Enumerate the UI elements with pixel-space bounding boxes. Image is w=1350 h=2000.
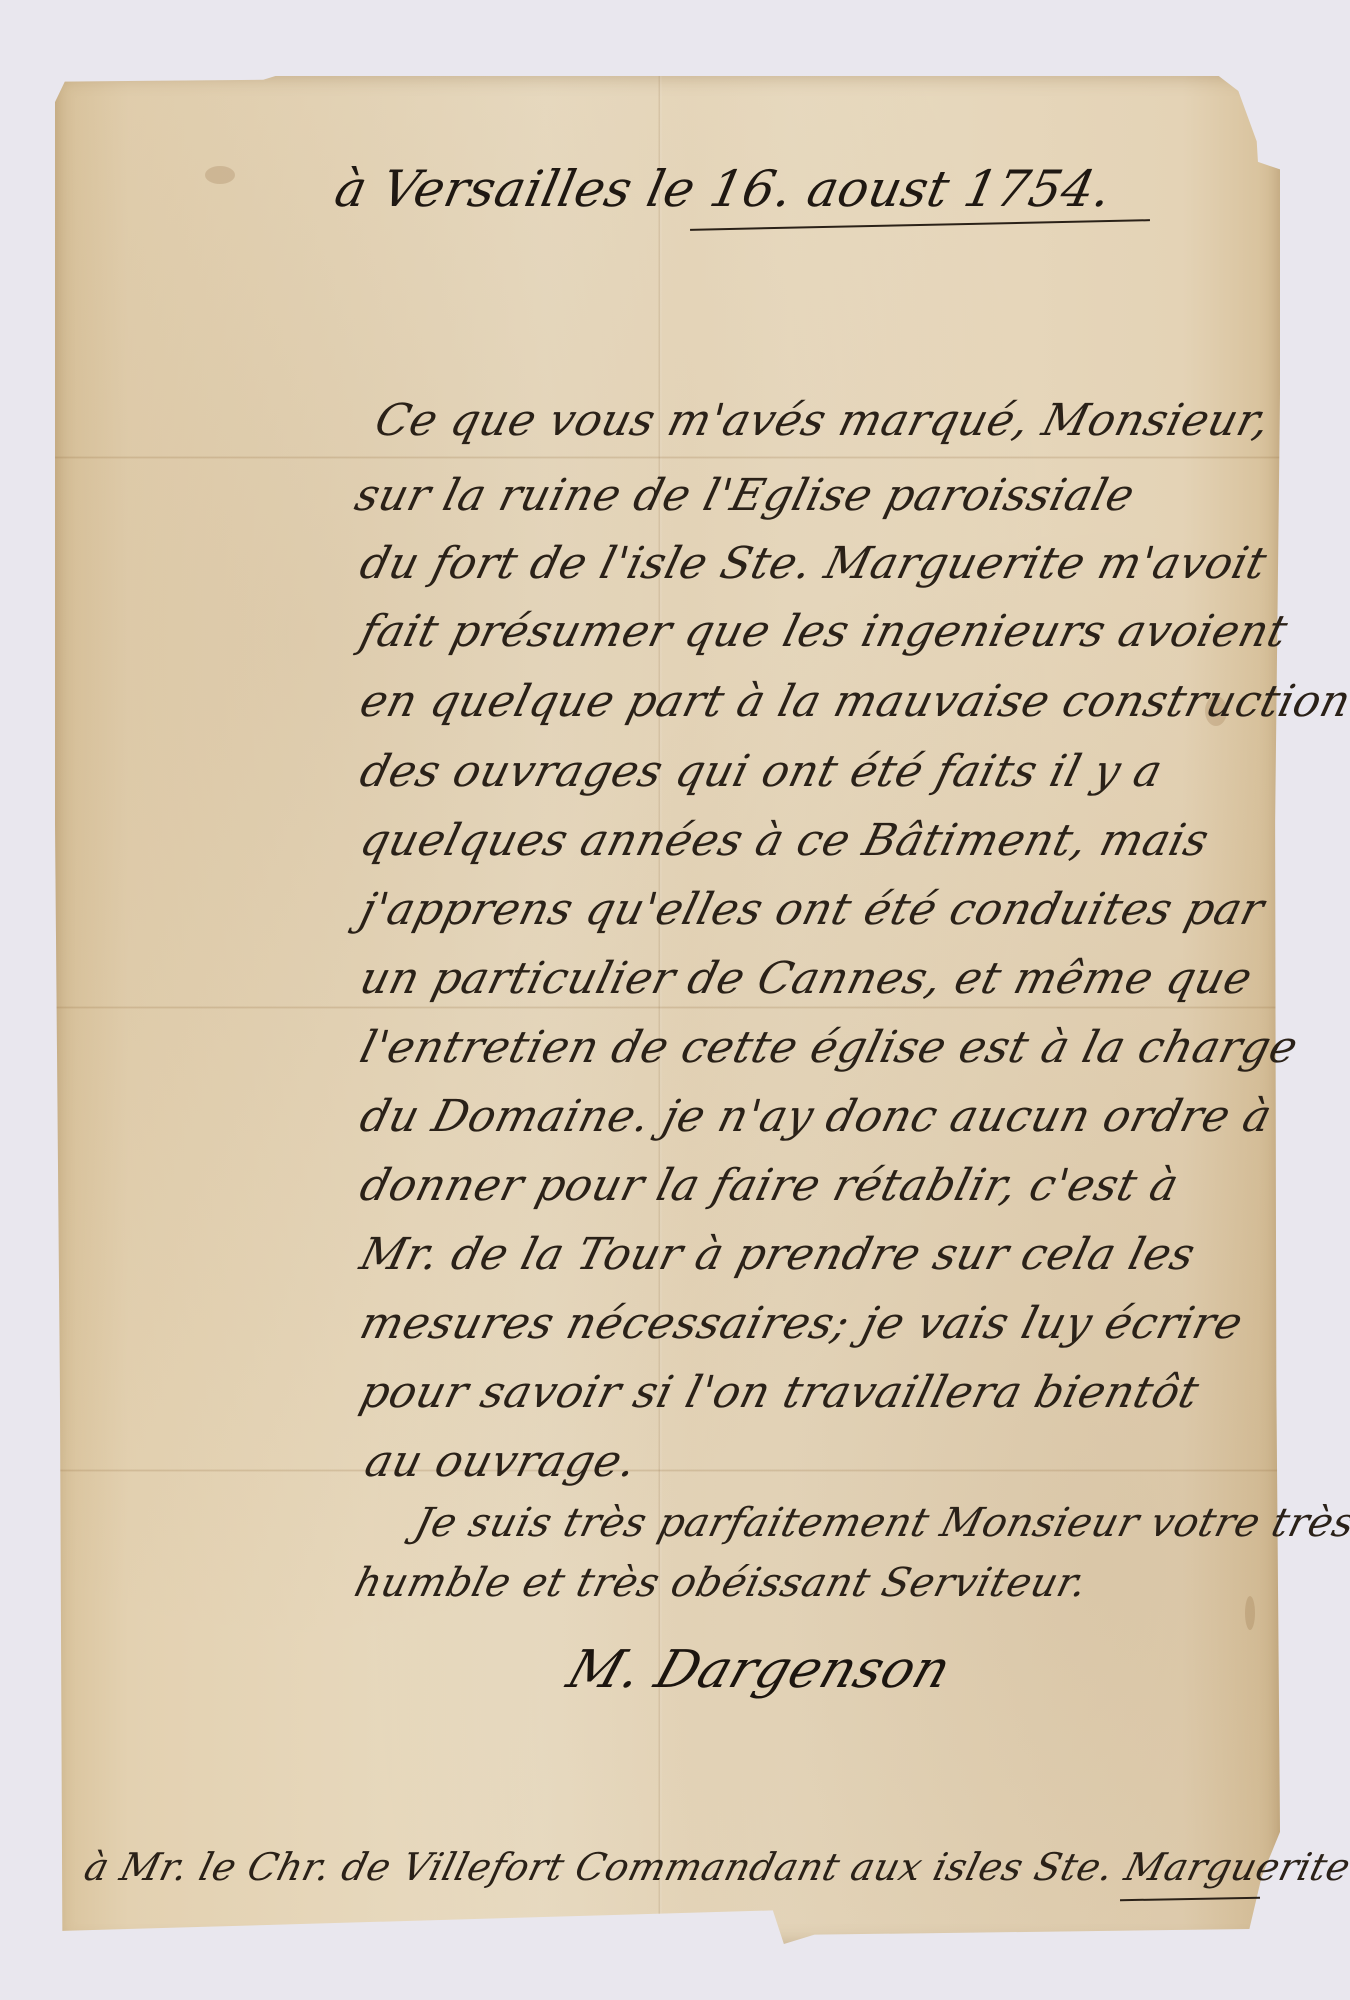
body-line: un particulier de Cannes, et même que [355, 953, 1257, 1004]
body-line: j'apprens qu'elles ont été conduites par [355, 884, 1269, 935]
closing-line: Je suis très parfaitement Monsieur votre… [410, 1500, 1350, 1546]
body-line: en quelque part à la mauvaise constructi… [355, 676, 1350, 727]
body-line: sur la ruine de l'Eglise paroissiale [350, 470, 1140, 521]
horizontal-fold [55, 1469, 1280, 1472]
address-line: à Mr. le Chr. de Villefort Commandant au… [80, 1845, 1350, 1889]
horizontal-fold [55, 456, 1280, 459]
body-line: des ouvrages qui ont été faits il y a [355, 746, 1168, 797]
body-line: l'entretien de cette église est à la cha… [355, 1022, 1303, 1073]
body-line: au ouvrage. [360, 1436, 642, 1487]
horizontal-fold [55, 1006, 1280, 1009]
closing-line: humble et très obéissant Serviteur. [350, 1560, 1092, 1606]
body-line: pour savoir si l'on travaillera bientôt [355, 1367, 1204, 1418]
body-line: Ce que vous m'avés marqué, Monsieur, [370, 395, 1275, 446]
body-line: du fort de l'isle Ste. Marguerite m'avoi… [355, 538, 1272, 589]
body-line: quelques années à ce Bâtiment, mais [355, 815, 1214, 866]
body-line: du Domaine. je n'ay donc aucun ordre à [355, 1091, 1277, 1142]
ink-stain [1245, 1596, 1255, 1630]
body-line: mesures nécessaires; je vais luy écrire [355, 1298, 1248, 1349]
foxing-spot [205, 166, 235, 184]
body-line: fait présumer que les ingenieurs avoient [355, 606, 1293, 657]
dateline: à Versailles le 16. aoust 1754. [330, 160, 1117, 218]
body-line: donner pour la faire rétablir, c'est à [355, 1160, 1184, 1211]
signature: M. Dargenson [560, 1640, 958, 1700]
body-line: Mr. de la Tour à prendre sur cela les [355, 1229, 1200, 1280]
